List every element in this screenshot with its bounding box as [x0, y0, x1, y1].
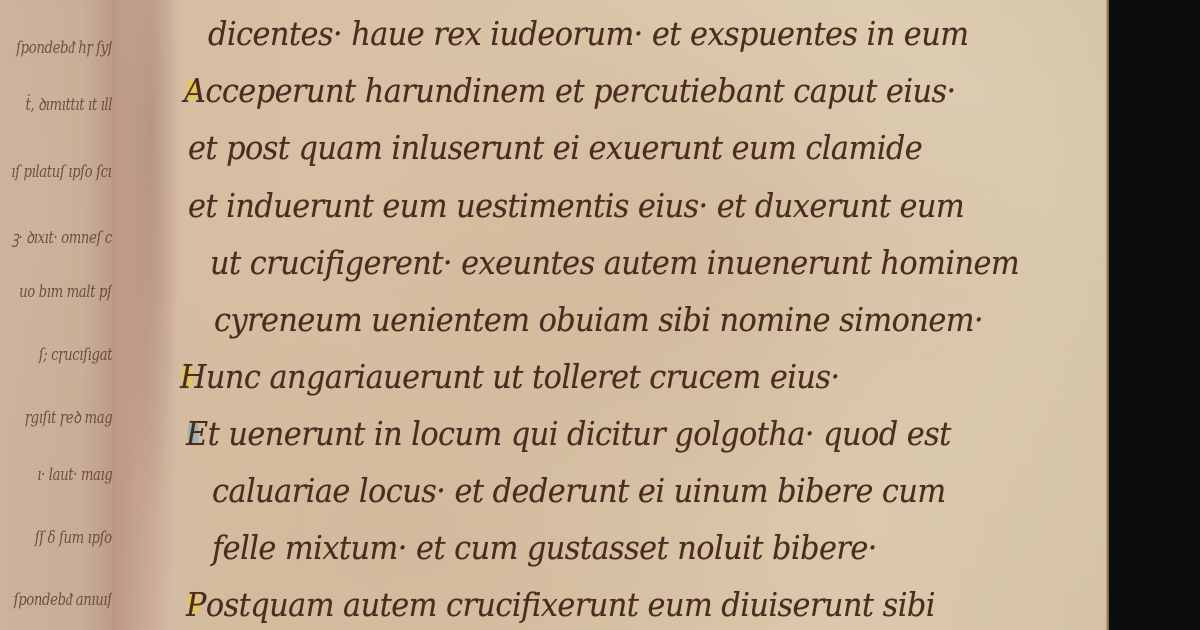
- line-text: ostquam autem crucifixerunt eum diuiseru…: [206, 585, 935, 624]
- text-line: Postquam autem crucifixerunt eum diuiser…: [186, 585, 935, 624]
- page-gutter: [112, 0, 190, 630]
- line-text: dicentes· haue rex iudeorum· et exspuent…: [208, 14, 968, 53]
- text-line: Et uenerunt in locum qui dicitur golgoth…: [186, 414, 951, 453]
- line-text: et post quam inluserunt ei exuerunt eum …: [188, 128, 922, 167]
- line-text: caluariae locus· et dederunt ei uinum bi…: [212, 471, 946, 510]
- left-page-line: ı· laut· maıg: [37, 465, 112, 485]
- left-page-line: ſpondebᵭ anıuıſ: [14, 590, 112, 610]
- left-page-line: ṫ, ꝺımıttıt ıt ıll: [25, 92, 112, 115]
- line-text: unc angariauerunt ut tolleret crucem eiu…: [206, 357, 840, 396]
- left-page-line: uo bım malt pſ: [20, 282, 112, 302]
- text-line: caluariae locus· et dederunt ei uinum bi…: [212, 471, 946, 510]
- rubricated-initial: P: [186, 585, 206, 624]
- left-page-line: ſ; cɼucıſıgat: [39, 345, 112, 365]
- left-page-line: ſſ ẟ ſum ıpſo: [35, 528, 112, 548]
- text-line: et post quam inluserunt ei exuerunt eum …: [188, 128, 922, 167]
- text-line: felle mixtum· et cum gustasset noluit bi…: [212, 528, 877, 567]
- rubricated-initial: A: [184, 71, 205, 110]
- text-line: dicentes· haue rex iudeorum· et exspuent…: [208, 14, 968, 53]
- left-page-line: ɼgıſıt ɼeꝺ mag: [24, 405, 112, 428]
- line-text: felle mixtum· et cum gustasset noluit bi…: [212, 528, 877, 567]
- left-page-line: ſpondebᵭ hɼ ſyſ: [16, 38, 112, 58]
- text-line: Acceperunt harundinem et percutiebant ca…: [184, 71, 956, 110]
- main-manuscript-page: dicentes· haue rex iudeorum· et exspuent…: [180, 0, 1108, 630]
- line-text: cceperunt harundinem et percutiebant cap…: [205, 71, 955, 110]
- left-facing-page: ſpondebᵭ hɼ ſyſ ṫ, ꝺımıttıt ıt ıll ıſ pı…: [0, 0, 118, 630]
- page-edge: [1106, 0, 1109, 630]
- line-text: cyreneum uenientem obuiam sibi nomine si…: [214, 300, 983, 339]
- text-line: et induerunt eum uestimentis eius· et du…: [188, 186, 964, 225]
- rubricated-initial: H: [180, 357, 206, 396]
- text-line: ut crucifigerent· exeuntes autem inuener…: [210, 243, 1019, 282]
- line-text: t uenerunt in locum qui dicitur golgotha…: [208, 414, 951, 453]
- text-line: cyreneum uenientem obuiam sibi nomine si…: [214, 300, 983, 339]
- line-text: et induerunt eum uestimentis eius· et du…: [188, 186, 964, 225]
- manuscript-viewer: ſpondebᵭ hɼ ſyſ ṫ, ꝺımıttıt ıt ıll ıſ pı…: [0, 0, 1200, 630]
- line-text: ut crucifigerent· exeuntes autem inuener…: [210, 243, 1019, 282]
- left-page-line: ꝫ· ꝺıxıt· omneſ c: [12, 225, 112, 248]
- left-page-line: ıſ pılatuſ ıpſo ſcı: [12, 162, 112, 182]
- text-line: Hunc angariauerunt ut tolleret crucem ei…: [180, 357, 840, 396]
- rubricated-initial: E: [186, 414, 208, 453]
